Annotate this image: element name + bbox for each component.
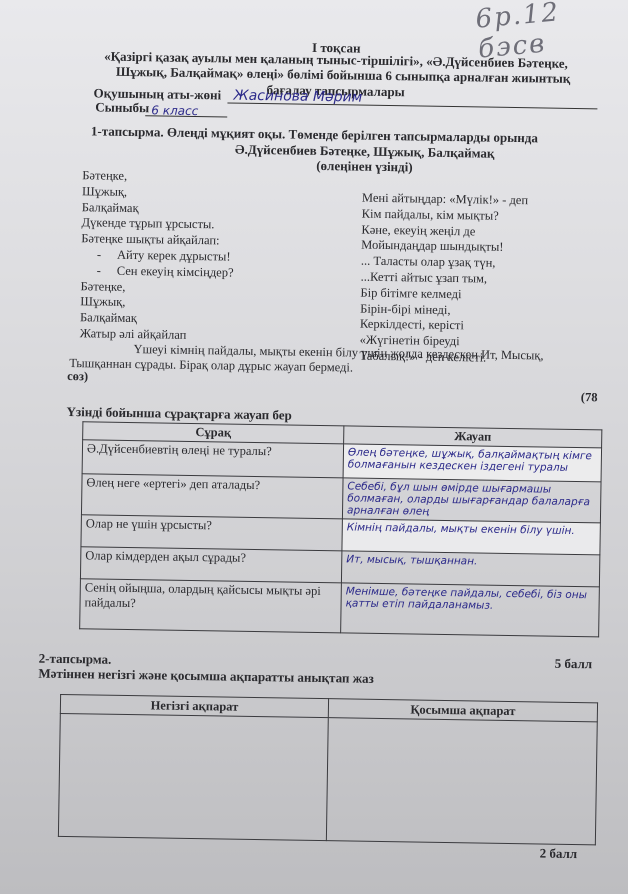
questions-heading: Үзінді бойынша сұрақтарға жауап бер bbox=[66, 404, 291, 423]
task2-heading: 2-тапсырма. bbox=[39, 651, 112, 667]
table-row bbox=[58, 713, 597, 844]
question-cell: Сенің ойыңша, олардың қайсысы мықты әрі … bbox=[80, 579, 342, 633]
answer-cell[interactable]: Менімше, бәтеңке пайдалы, себебі, біз он… bbox=[341, 583, 600, 637]
info-table: Негізгі ақпарат Қосымша ақпарат bbox=[58, 694, 598, 845]
extra-info-cell[interactable] bbox=[326, 718, 597, 845]
class-label: Сыныбы bbox=[95, 99, 149, 115]
answer-cell[interactable]: Кімнің пайдалы, мықты екенін білу үшін. bbox=[342, 519, 600, 555]
question-cell: Олар кімдерден ақыл сұрады? bbox=[80, 547, 341, 583]
question-cell: Олар не үшін ұрсысты? bbox=[81, 515, 342, 551]
poem-left-column: Бәтеңке, Шұжық, Балқаймақ Дүкенде тұрып … bbox=[80, 168, 236, 344]
student-name-field[interactable]: Жасинова Мәрим bbox=[227, 87, 597, 110]
worksheet-page: 6р.12 бэсв І тоқсан «Қазіргі қазақ ауылы… bbox=[0, 0, 628, 894]
task1-score: 5 балл bbox=[555, 656, 593, 672]
table-row: Сенің ойыңша, олардың қайсысы мықты әрі … bbox=[80, 579, 600, 637]
word-count-suffix: сөз) bbox=[67, 369, 88, 385]
task2-instruction: Мәтіннен негізгі және қосымша ақпаратты … bbox=[38, 666, 374, 686]
poem-right-column: Мені айтыңдар: «Мүлік!» - деп Кім пайдал… bbox=[359, 191, 528, 367]
poem-line-dialogue: -Сен екеуің кімсіңдер? bbox=[81, 263, 234, 281]
student-name-value: Жасинова Мәрим bbox=[233, 88, 362, 106]
class-value: 6 класс bbox=[151, 103, 198, 118]
question-cell: Ә.Дүйсенбиевтің өлеңі не туралы? bbox=[82, 440, 344, 478]
answer-cell[interactable]: Өлең бәтеңке, шұжық, балқаймақтың кімге … bbox=[343, 444, 602, 482]
answer-cell[interactable]: Себебі, бұл шын өмірде шығармашы болмаға… bbox=[342, 478, 601, 523]
main-info-cell[interactable] bbox=[58, 713, 328, 840]
task2-score: 2 балл bbox=[540, 846, 578, 862]
poem-line: Шұжық, bbox=[82, 184, 235, 202]
question-cell: Өлең неге «ертегі» деп аталады? bbox=[81, 474, 343, 519]
class-field[interactable]: 6 класс bbox=[145, 101, 227, 117]
word-count-prefix: (78 bbox=[581, 390, 598, 406]
questions-table: Сұрақ Жауап Ә.Дүйсенбиевтің өлеңі не тур… bbox=[79, 421, 602, 637]
answer-cell[interactable]: Ит, мысық, тышқаннан. bbox=[341, 551, 599, 587]
prose-line-2: Тышқаннан сұрады. Бірақ олар дұрыс жауап… bbox=[69, 356, 353, 376]
